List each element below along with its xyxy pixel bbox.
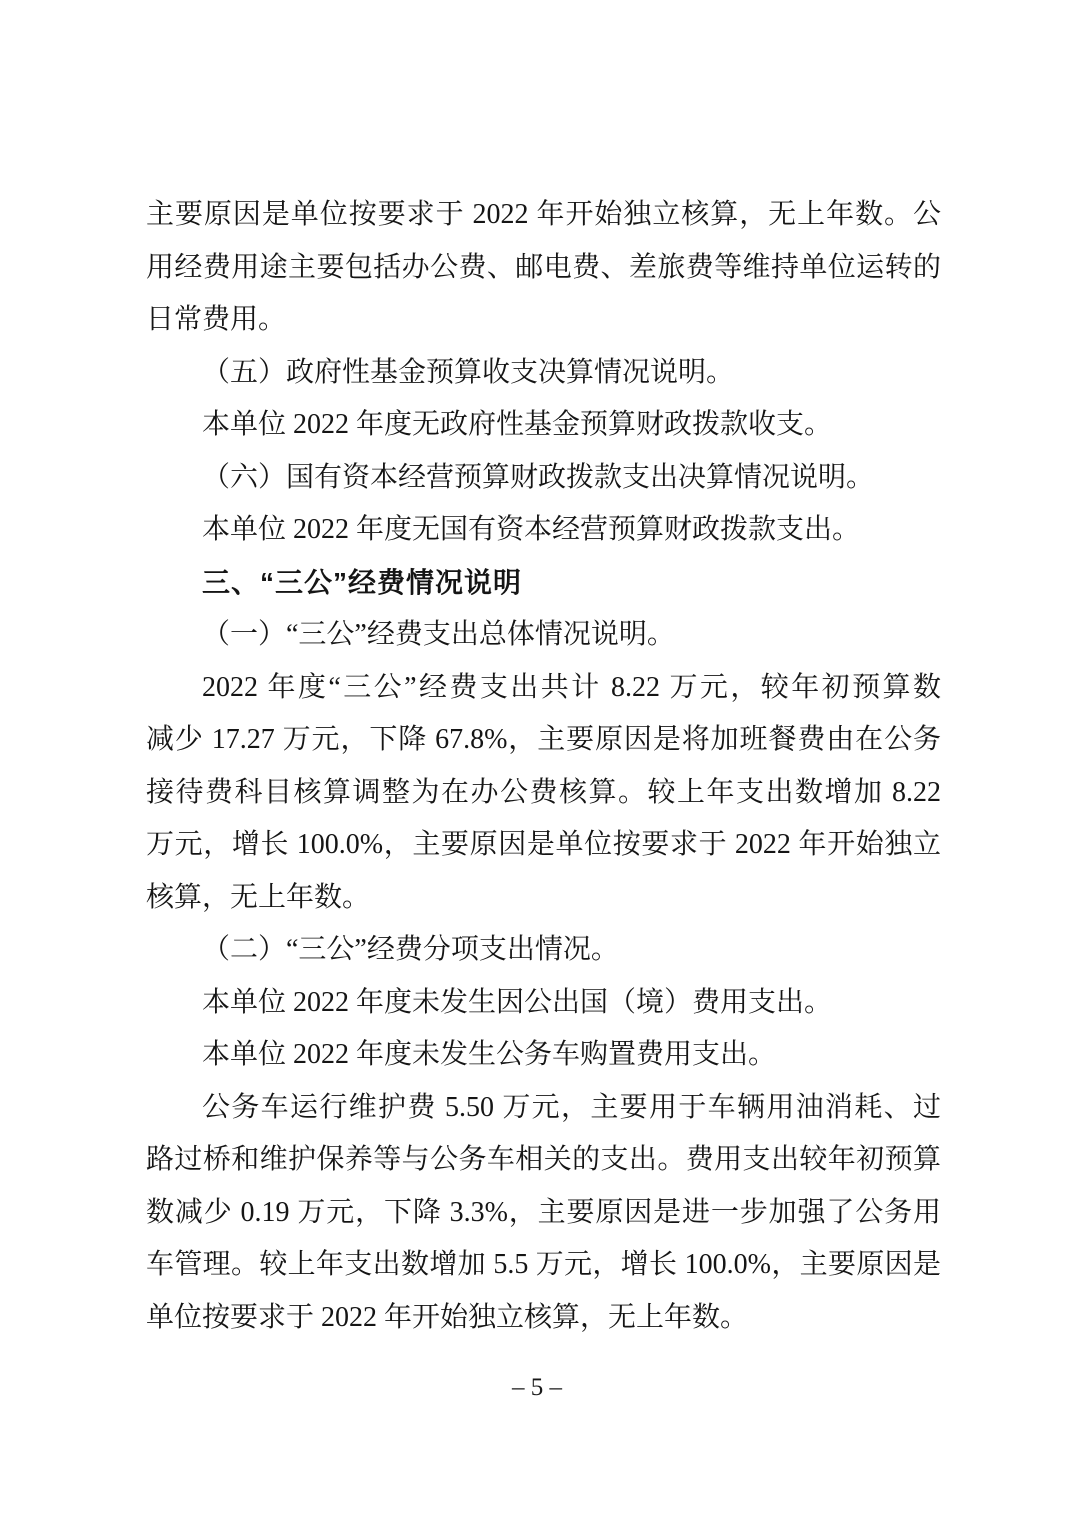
- text-line: 万元，增长 100.0%，主要原因是单位按要求于 2022 年开始独立: [146, 819, 941, 872]
- text-line: （五）政府性基金预算收支决算情况说明。: [146, 347, 941, 400]
- text-line: 减少 17.27 万元，下降 67.8%，主要原因是将加班餐费由在公务: [146, 714, 941, 767]
- subsection-heading: （一）“三公”经费支出总体情况说明。: [146, 609, 941, 662]
- document-page: 主要原因是单位按要求于 2022 年开始独立核算，无上年数。公用经费用途主要包括…: [0, 0, 1074, 1520]
- subsection-heading: （六）国有资本经营预算财政拨款支出决算情况说明。: [146, 452, 941, 505]
- text-line: （一）“三公”经费支出总体情况说明。: [146, 609, 941, 662]
- text-line: 单位按要求于 2022 年开始独立核算，无上年数。: [146, 1292, 941, 1345]
- text-line: 本单位 2022 年度无国有资本经营预算财政拨款支出。: [146, 504, 941, 557]
- section-heading: 三、“三公”经费情况说明: [146, 557, 941, 610]
- paragraph: 本单位 2022 年度未发生公务车购置费用支出。: [146, 1029, 941, 1082]
- text-line: 本单位 2022 年度未发生公务车购置费用支出。: [146, 1029, 941, 1082]
- text-line: （二）“三公”经费分项支出情况。: [146, 924, 941, 977]
- text-line: 路过桥和维护保养等与公务车相关的支出。费用支出较年初预算: [146, 1134, 941, 1187]
- paragraph: 本单位 2022 年度无政府性基金预算财政拨款收支。: [146, 399, 941, 452]
- text-line: 数减少 0.19 万元，下降 3.3%，主要原因是进一步加强了公务用: [146, 1187, 941, 1240]
- text-line: 用经费用途主要包括办公费、邮电费、差旅费等维持单位运转的: [146, 242, 941, 295]
- text-line: 主要原因是单位按要求于 2022 年开始独立核算，无上年数。公: [146, 189, 941, 242]
- document-body: 主要原因是单位按要求于 2022 年开始独立核算，无上年数。公用经费用途主要包括…: [146, 189, 941, 1344]
- text-line: 公务车运行维护费 5.50 万元，主要用于车辆用油消耗、过: [146, 1082, 941, 1135]
- paragraph: 公务车运行维护费 5.50 万元，主要用于车辆用油消耗、过路过桥和维护保养等与公…: [146, 1082, 941, 1345]
- subsection-heading: （五）政府性基金预算收支决算情况说明。: [146, 347, 941, 400]
- page-number: – 5 –: [512, 1374, 562, 1401]
- text-line: 本单位 2022 年度未发生因公出国（境）费用支出。: [146, 977, 941, 1030]
- text-line: 车管理。较上年支出数增加 5.5 万元，增长 100.0%，主要原因是: [146, 1239, 941, 1292]
- text-line: 核算，无上年数。: [146, 872, 941, 925]
- text-line: 三、“三公”经费情况说明: [146, 557, 941, 610]
- page-footer: – 5 –: [0, 1364, 1074, 1412]
- text-line: 接待费科目核算调整为在办公费核算。较上年支出数增加 8.22: [146, 767, 941, 820]
- text-line: （六）国有资本经营预算财政拨款支出决算情况说明。: [146, 452, 941, 505]
- paragraph: 2022 年度“三公”经费支出共计 8.22 万元，较年初预算数减少 17.27…: [146, 662, 941, 925]
- paragraph: 主要原因是单位按要求于 2022 年开始独立核算，无上年数。公用经费用途主要包括…: [146, 189, 941, 347]
- paragraph: 本单位 2022 年度未发生因公出国（境）费用支出。: [146, 977, 941, 1030]
- text-line: 2022 年度“三公”经费支出共计 8.22 万元，较年初预算数: [146, 662, 941, 715]
- text-line: 日常费用。: [146, 294, 941, 347]
- subsection-heading: （二）“三公”经费分项支出情况。: [146, 924, 941, 977]
- text-line: 本单位 2022 年度无政府性基金预算财政拨款收支。: [146, 399, 941, 452]
- paragraph: 本单位 2022 年度无国有资本经营预算财政拨款支出。: [146, 504, 941, 557]
